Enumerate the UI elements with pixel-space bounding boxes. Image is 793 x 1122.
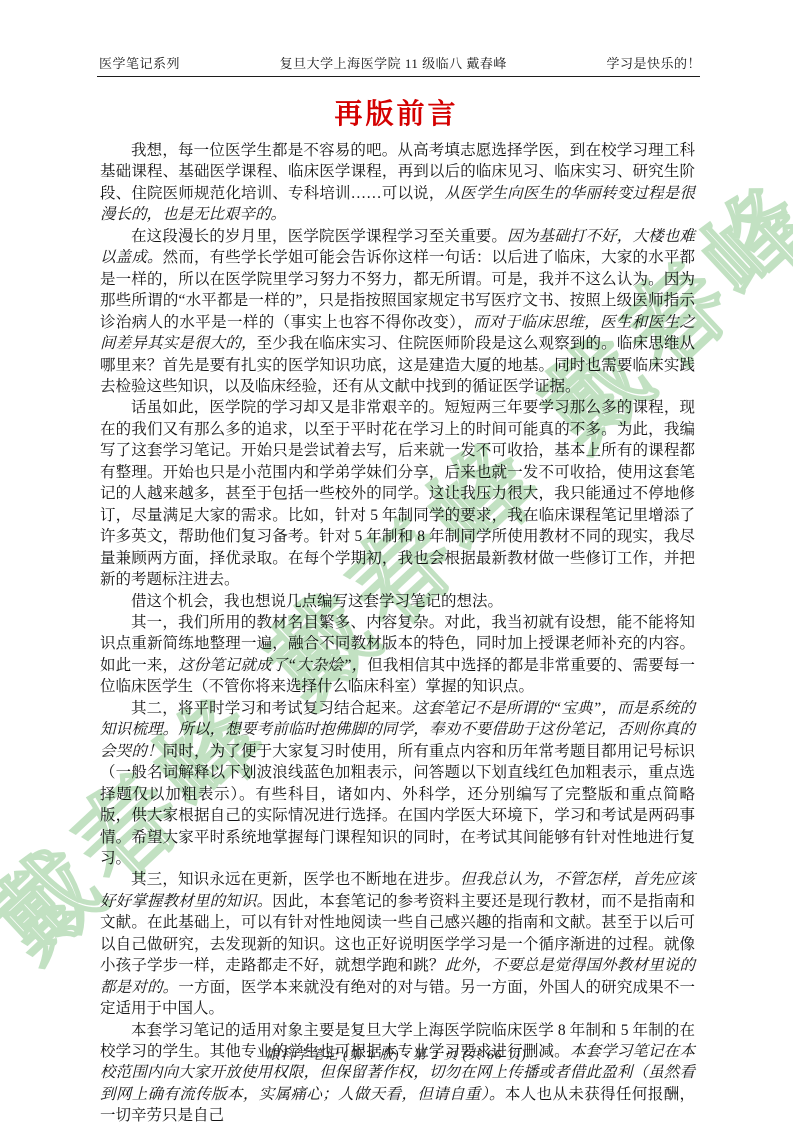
paragraph: 在这段漫长的岁月里，医学院医学课程学习至关重要。因为基础打不好，大楼也难以盖成。… <box>100 226 695 398</box>
paragraph: 本套学习笔记的适用对象主要是复旦大学上海医学院临床医学 8 年制和 5 年制的在… <box>100 1020 695 1122</box>
document-body: 我想，每一位医学生都是不容易的吧。从高考填志愿选择学医，到在校学习理工科基础课程… <box>100 140 695 1122</box>
paragraph: 其一，我们所用的教材名目繁多、内容复杂。对此，我当初就有设想，能不能将知识点重新… <box>100 612 695 698</box>
text-run: 借这个机会，我也想说几点编写这套学习笔记的想法。 <box>131 593 503 610</box>
text-run: 话虽如此，医学院的学习却又是非常艰辛的。短短两三年要学习那么多的课程，现在的我们… <box>100 399 695 588</box>
header-author-label: 复旦大学上海医学院 11 级临八 戴春峰 <box>180 53 606 72</box>
page-header: 医学笔记系列 复旦大学上海医学院 11 级临八 戴春峰 学习是快乐的！ <box>99 53 701 72</box>
page: 戴春峰 戴春峰 戴春峰 医学笔记系列 复旦大学上海医学院 11 级临八 戴春峰 … <box>0 0 793 1122</box>
text-run: 同时，为了便于大家复习时使用，所有重点内容和历年常考题目都用记号标识（一般名词解… <box>100 743 695 867</box>
paragraph: 借这个机会，我也想说几点编写这套学习笔记的想法。 <box>100 591 695 612</box>
text-run: 在这段漫长的岁月里，医学院医学课程学习至关重要。 <box>131 228 507 245</box>
text-run: 其二，将平时学习和考试复习结合起来。 <box>131 700 412 717</box>
header-series-label: 医学笔记系列 <box>99 53 180 72</box>
header-rule <box>97 76 700 77</box>
text-run: 一方面，医学本来就没有绝对的对与错。另一方面，外国人的研究成果不一定适用于中国人… <box>100 979 695 1017</box>
header-motto-label: 学习是快乐的！ <box>606 53 701 72</box>
text-run: 其三，知识永远在更新，医学也不断地在进步。 <box>131 871 460 888</box>
paragraph: 其三，知识永远在更新，医学也不断地在进步。但我总认为，不管怎样，首先应该好好掌握… <box>100 869 695 1019</box>
paragraph: 我想，每一位医学生都是不容易的吧。从高考填志愿选择学医，到在校学习理工科基础课程… <box>100 140 695 226</box>
text-run: 这份笔记就成了“大杂烩”， <box>178 657 367 674</box>
paragraph: 话虽如此，医学院的学习却又是非常艰辛的。短短两三年要学习那么多的课程，现在的我们… <box>100 397 695 590</box>
page-title: 再版前言 <box>0 97 793 131</box>
paragraph: 其二，将平时学习和考试复习结合起来。这套笔记不是所谓的“宝典”，而是系统的知识梳… <box>100 698 695 870</box>
